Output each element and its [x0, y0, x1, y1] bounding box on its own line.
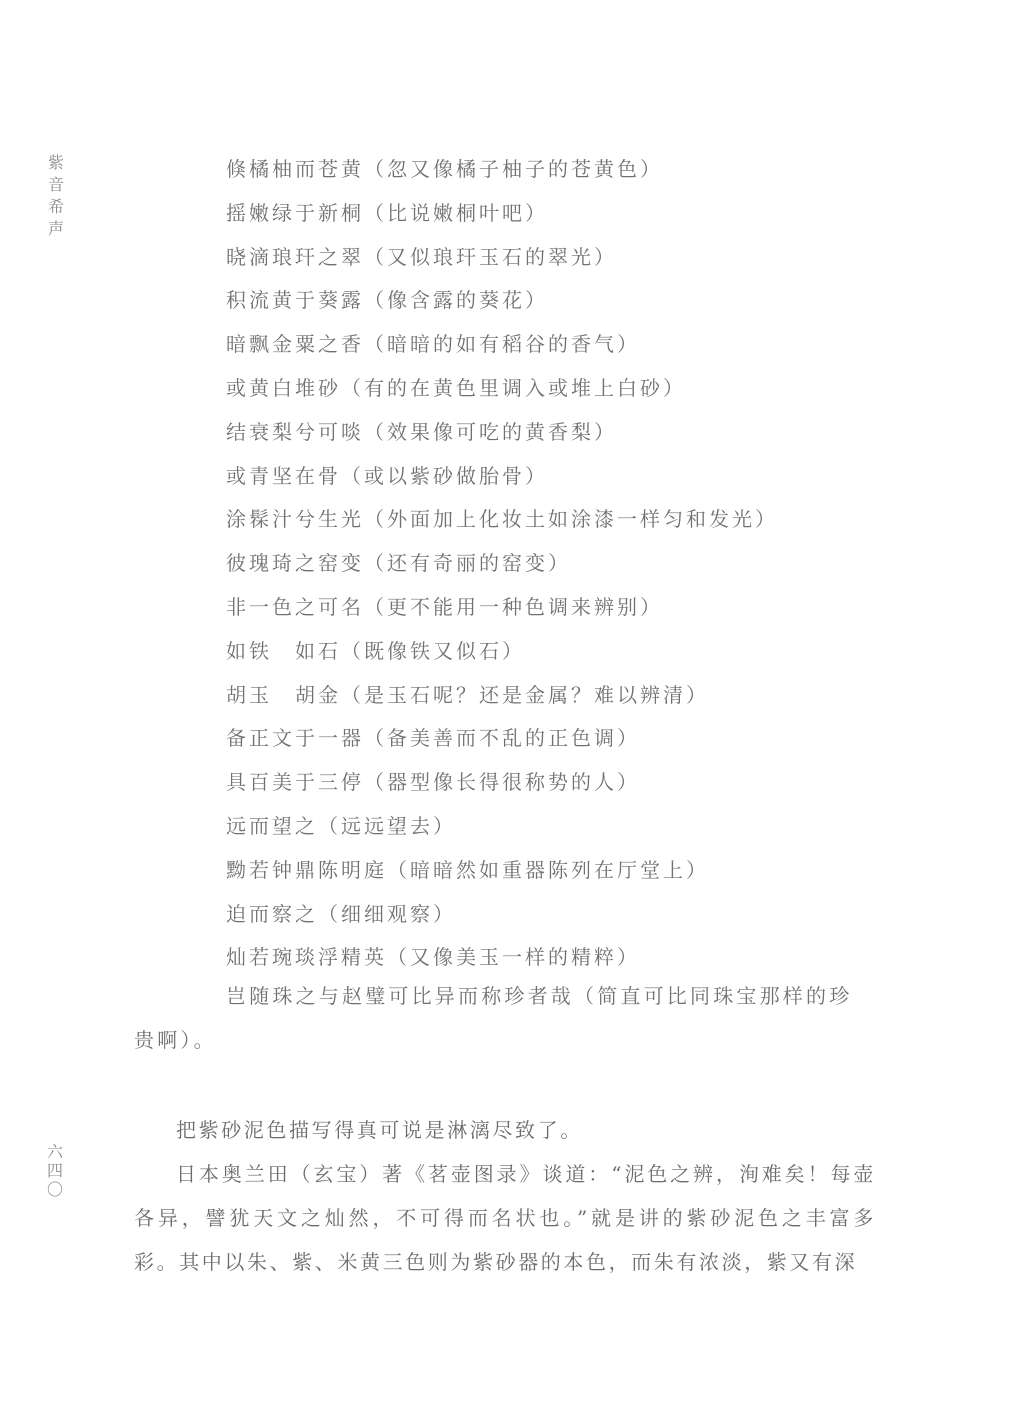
poem-block: 倏橘柚而苍黄（忽又像橘子柚子的苍黄色） 摇嫩绿于新桐（比说嫩桐叶吧） 晓滴琅玕之… — [226, 148, 886, 980]
poem-line: 倏橘柚而苍黄（忽又像橘子柚子的苍黄色） — [226, 148, 886, 192]
body-paragraph: 把紫砂泥色描写得真可说是淋漓尽致了。 — [134, 1108, 876, 1152]
poem-line: 彼瑰琦之窑变（还有奇丽的窑变） — [226, 542, 886, 586]
running-header-char: 音 — [46, 174, 66, 196]
page-number-char: 〇 — [44, 1180, 66, 1199]
poem-line: 黝若钟鼎陈明庭（暗暗然如重器陈列在厅堂上） — [226, 849, 886, 893]
poem-line: 涂髹汁兮生光（外面加上化妆土如涂漆一样匀和发光） — [226, 498, 886, 542]
body-text: 把紫砂泥色描写得真可说是淋漓尽致了。 日本奥兰田（玄宝）著《茗壶图录》谈道：“泥… — [134, 1108, 876, 1284]
poem-line: 备正文于一器（备美善而不乱的正色调） — [226, 717, 886, 761]
running-header-char: 紫 — [46, 152, 66, 174]
poem-final-line: 岂随珠之与赵璧可比异而称珍者哉（简直可比同珠宝那样的珍贵啊）。 — [134, 974, 874, 1062]
poem-line: 或黄白堆砂（有的在黄色里调入或堆上白砂） — [226, 367, 886, 411]
page-number-char: 四 — [44, 1161, 66, 1180]
body-paragraph: 日本奥兰田（玄宝）著《茗壶图录》谈道：“泥色之辨，洵难矣！每壶各异，譬犹天文之灿… — [134, 1152, 876, 1284]
page-number-vertical: 六 四 〇 — [44, 1142, 66, 1199]
running-header-vertical: 紫 音 希 声 — [46, 152, 66, 240]
poem-line: 结衰梨兮可啖（效果像可吃的黄香梨） — [226, 411, 886, 455]
poem-line: 或青坚在骨（或以紫砂做胎骨） — [226, 455, 886, 499]
running-header-char: 希 — [46, 196, 66, 218]
page-number-char: 六 — [44, 1142, 66, 1161]
poem-line: 暗飘金粟之香（暗暗的如有稻谷的香气） — [226, 323, 886, 367]
poem-line: 远而望之（远远望去） — [226, 805, 886, 849]
poem-line: 晓滴琅玕之翠（又似琅玕玉石的翠光） — [226, 236, 886, 280]
poem-line: 胡玉 胡金（是玉石呢？还是金属？难以辨清） — [226, 674, 886, 718]
poem-line: 非一色之可名（更不能用一种色调来辨别） — [226, 586, 886, 630]
poem-line: 迫而察之（细细观察） — [226, 893, 886, 937]
poem-line: 积流黄于葵露（像含露的葵花） — [226, 279, 886, 323]
running-header-char: 声 — [46, 218, 66, 240]
poem-line: 如铁 如石（既像铁又似石） — [226, 630, 886, 674]
poem-line: 摇嫩绿于新桐（比说嫩桐叶吧） — [226, 192, 886, 236]
poem-line: 具百美于三停（器型像长得很称势的人） — [226, 761, 886, 805]
